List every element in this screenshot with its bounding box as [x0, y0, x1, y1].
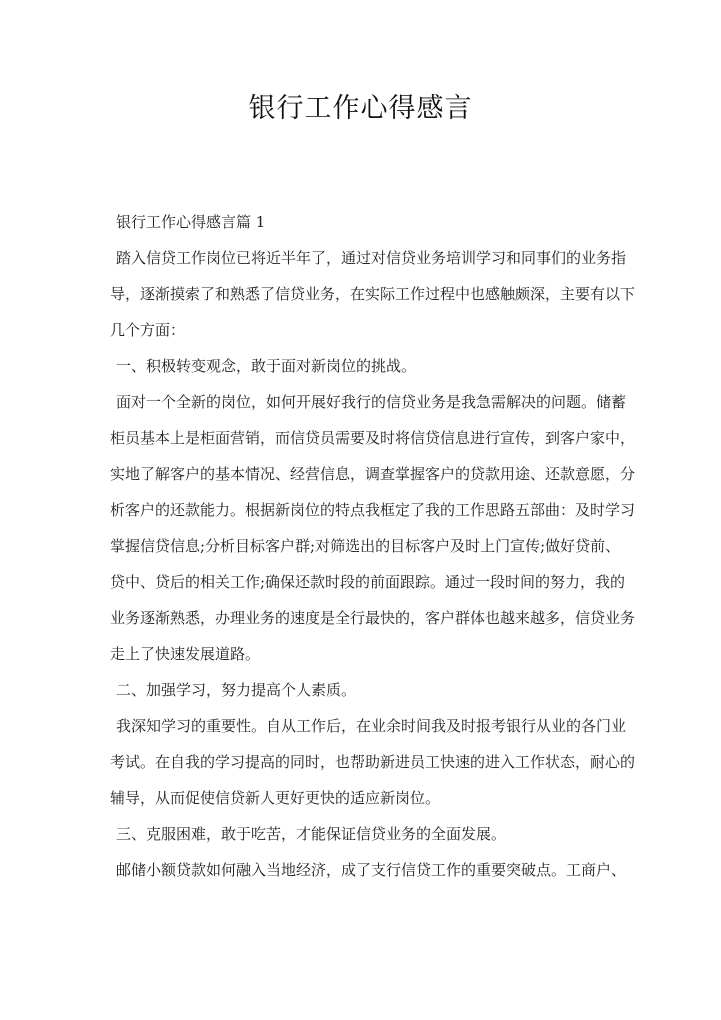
paragraph-line: 掌握信贷信息;分析目标客户群;对筛选出的目标客户及时上门宣传;做好贷前、: [110, 533, 615, 569]
paragraph-line: 踏入信贷工作岗位已将近半年了，通过对信贷业务培训学习和同事们的业务指: [110, 245, 615, 281]
paragraph-line: 考试。在自我的学习提高的同时，也帮助新进员工快速的进入工作状态，耐心的: [110, 749, 615, 785]
paragraph-line: 面对一个全新的岗位，如何开展好我行的信贷业务是我急需解决的问题。储蓄: [110, 389, 615, 425]
paragraph-line: 辅导，从而促使信贷新人更好更快的适应新岗位。: [110, 785, 615, 821]
paragraph-line: 几个方面：: [110, 317, 615, 353]
paragraph-line: 走上了快速发展道路。: [110, 641, 615, 677]
document-page: 银行工作心得感言 银行工作心得感言篇 1 踏入信贷工作岗位已将近半年了，通过对信…: [0, 0, 721, 1020]
document-title: 银行工作心得感言: [0, 86, 721, 125]
paragraph-line: 导，逐渐摸索了和熟悉了信贷业务，在实际工作过程中也感触颇深，主要有以下: [110, 281, 615, 317]
paragraph-line: 业务逐渐熟悉，办理业务的速度是全行最快的，客户群体也越来越多，信贷业务: [110, 605, 615, 641]
section-subtitle: 银行工作心得感言篇 1: [110, 209, 615, 245]
paragraph-line: 贷中、贷后的相关工作;确保还款时段的前面跟踪。通过一段时间的努力，我的: [110, 569, 615, 605]
paragraph-line: 柜员基本上是柜面营销，而信贷员需要及时将信贷信息进行宣传，到客户家中，: [110, 425, 615, 461]
section-heading: 一、积极转变观念，敢于面对新岗位的挑战。: [110, 353, 615, 389]
paragraph-line: 实地了解客户的基本情况、经营信息，调查掌握客户的贷款用途、还款意愿，分: [110, 461, 615, 497]
document-body: 银行工作心得感言篇 1 踏入信贷工作岗位已将近半年了，通过对信贷业务培训学习和同…: [110, 209, 615, 893]
paragraph-line: 析客户的还款能力。根据新岗位的特点我框定了我的工作思路五部曲：及时学习: [110, 497, 615, 533]
paragraph-line: 我深知学习的重要性。自从工作后，在业余时间我及时报考银行从业的各门业: [110, 713, 615, 749]
section-heading: 三、克服困难，敢于吃苦，才能保证信贷业务的全面发展。: [110, 821, 615, 857]
section-heading: 二、加强学习，努力提高个人素质。: [110, 677, 615, 713]
paragraph-line: 邮储小额贷款如何融入当地经济，成了支行信贷工作的重要突破点。工商户、: [110, 857, 615, 893]
